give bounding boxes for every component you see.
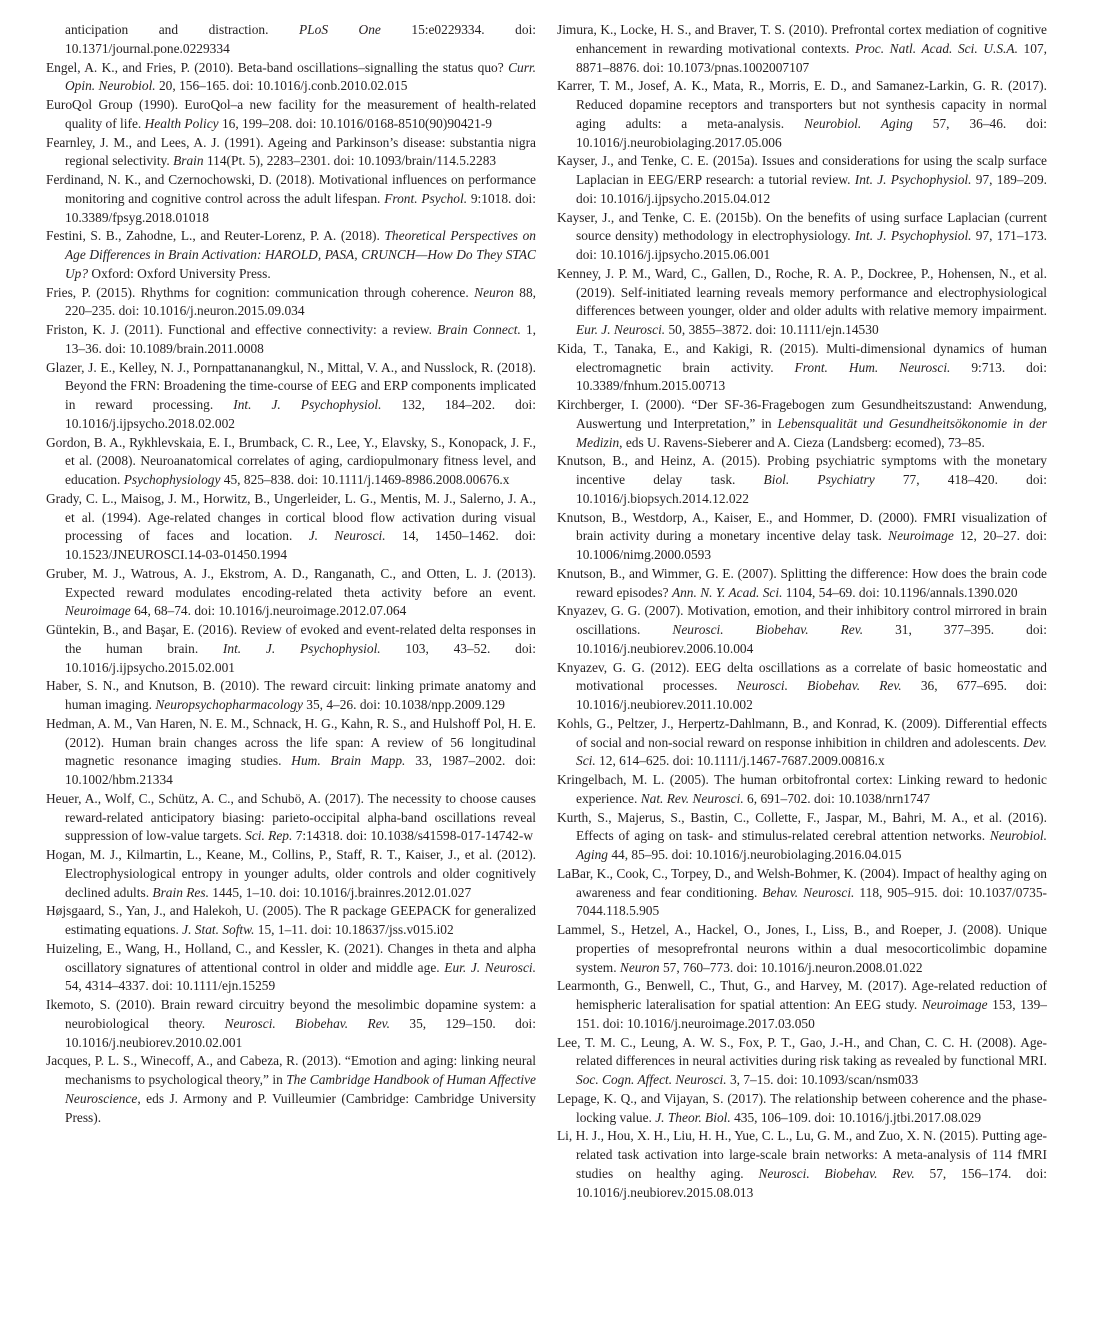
reference-source-title: Neurosci. Biobehav. Rev. (672, 622, 863, 637)
reference-entry: Lammel, S., Hetzel, A., Hackel, O., Jone… (557, 921, 1047, 977)
reference-text: , eds U. Ravens-Sieberer and A. Cieza (L… (619, 435, 985, 450)
reference-source-title: J. Theor. Biol. (655, 1110, 731, 1125)
reference-text: Kenney, J. P. M., Ward, C., Gallen, D., … (557, 266, 1047, 319)
reference-entry: Haber, S. N., and Knutson, B. (2010). Th… (46, 677, 536, 715)
reference-text: 3, 7–15. doi: 10.1093/scan/nsm033 (727, 1072, 919, 1087)
reference-entry: Knutson, B., and Heinz, A. (2015). Probi… (557, 452, 1047, 508)
reference-entry: Gruber, M. J., Watrous, A. J., Ekstrom, … (46, 565, 536, 621)
reference-entry: Hedman, A. M., Van Haren, N. E. M., Schn… (46, 715, 536, 790)
reference-source-title: Neuron (620, 960, 660, 975)
reference-source-title: Biol. Psychiatry (764, 472, 875, 487)
reference-entry: Engel, A. K., and Fries, P. (2010). Beta… (46, 59, 536, 97)
reference-entry: Jimura, K., Locke, H. S., and Braver, T.… (557, 21, 1047, 77)
reference-source-title: PLoS One (299, 22, 381, 37)
reference-source-title: Nat. Rev. Neurosci. (641, 791, 744, 806)
reference-entry: Højsgaard, S., Yan, J., and Halekoh, U. … (46, 902, 536, 940)
reference-source-title: Int. J. Psychophysiol. (855, 228, 972, 243)
reference-text: 7:14318. doi: 10.1038/s41598-017-14742-w (292, 828, 533, 843)
reference-entry: Lepage, K. Q., and Vijayan, S. (2017). T… (557, 1090, 1047, 1128)
reference-text: 57, 760–773. doi: 10.1016/j.neuron.2008.… (660, 960, 923, 975)
reference-source-title: Front. Hum. Neurosci. (795, 360, 951, 375)
reference-entry: Güntekin, B., and Başar, E. (2016). Revi… (46, 621, 536, 677)
reference-entry: Lee, T. M. C., Leung, A. W. S., Fox, P. … (557, 1034, 1047, 1090)
reference-column-left: anticipation and distraction. PLoS One 1… (46, 21, 536, 1127)
reference-entry: Kirchberger, I. (2000). “Der SF-36-Frage… (557, 396, 1047, 452)
reference-entry: Glazer, J. E., Kelley, N. J., Pornpattan… (46, 359, 536, 434)
reference-text: 6, 691–702. doi: 10.1038/nrn1747 (744, 791, 930, 806)
reference-text: 64, 68–74. doi: 10.1016/j.neuroimage.201… (131, 603, 407, 618)
reference-text: Kohls, G., Peltzer, J., Herpertz-Dahlman… (557, 716, 1047, 750)
reference-entry: Li, H. J., Hou, X. H., Liu, H. H., Yue, … (557, 1127, 1047, 1202)
reference-source-title: Front. Psychol. (384, 191, 467, 206)
reference-entry: Huizeling, E., Wang, H., Holland, C., an… (46, 940, 536, 996)
reference-entry: Kurth, S., Majerus, S., Bastin, C., Coll… (557, 809, 1047, 865)
reference-source-title: Neurosci. Biobehav. Rev. (758, 1166, 914, 1181)
reference-text: Festini, S. B., Zahodne, L., and Reuter-… (46, 228, 384, 243)
reference-text: Kurth, S., Majerus, S., Bastin, C., Coll… (557, 810, 1047, 844)
reference-source-title: Neurobiol. Aging (804, 116, 913, 131)
reference-source-title: Eur. J. Neurosci. (444, 960, 536, 975)
reference-text: Engel, A. K., and Fries, P. (2010). Beta… (46, 60, 508, 75)
reference-source-title: Neuropsychopharmacology (155, 697, 303, 712)
reference-text: Fries, P. (2015). Rhythms for cognition:… (46, 285, 474, 300)
reference-text: 1104, 54–69. doi: 10.1196/annals.1390.02… (782, 585, 1017, 600)
reference-entry: Ikemoto, S. (2010). Brain reward circuit… (46, 996, 536, 1052)
reference-text: 44, 85–95. doi: 10.1016/j.neurobiolaging… (608, 847, 901, 862)
reference-text: 114(Pt. 5), 2283–2301. doi: 10.1093/brai… (204, 153, 496, 168)
reference-column-right: Jimura, K., Locke, H. S., and Braver, T.… (557, 21, 1047, 1202)
reference-text: 20, 156–165. doi: 10.1016/j.conb.2010.02… (156, 78, 408, 93)
reference-text: 15, 1–11. doi: 10.18637/jss.v015.i02 (254, 922, 453, 937)
reference-entry-continued: anticipation and distraction. PLoS One 1… (46, 21, 536, 59)
reference-entry: Fries, P. (2015). Rhythms for cognition:… (46, 284, 536, 322)
reference-source-title: Sci. Rep. (245, 828, 292, 843)
reference-source-title: Neuroimage (922, 997, 988, 1012)
reference-source-title: Brain (173, 153, 204, 168)
reference-source-title: Hum. Brain Mapp. (291, 753, 405, 768)
reference-entry: Festini, S. B., Zahodne, L., and Reuter-… (46, 227, 536, 283)
reference-entry: Knutson, B., Westdorp, A., Kaiser, E., a… (557, 509, 1047, 565)
reference-entry: Knyazev, G. G. (2012). EEG delta oscilla… (557, 659, 1047, 715)
reference-text: Friston, K. J. (2011). Functional and ef… (46, 322, 437, 337)
reference-source-title: Soc. Cogn. Affect. Neurosci. (576, 1072, 727, 1087)
reference-text: 45, 825–838. doi: 10.1111/j.1469-8986.20… (220, 472, 509, 487)
reference-source-title: Neurosci. Biobehav. Rev. (737, 678, 902, 693)
reference-source-title: Health Policy (145, 116, 219, 131)
reference-entry: Kayser, J., and Tenke, C. E. (2015a). Is… (557, 152, 1047, 208)
reference-source-title: Proc. Natl. Acad. Sci. U.S.A. (855, 41, 1018, 56)
reference-text: 16, 199–208. doi: 10.1016/0168-8510(90)9… (219, 116, 492, 131)
reference-entry: Kenney, J. P. M., Ward, C., Gallen, D., … (557, 265, 1047, 340)
reference-source-title: Int. J. Psychophysiol. (855, 172, 972, 187)
reference-entry: Kohls, G., Peltzer, J., Herpertz-Dahlman… (557, 715, 1047, 771)
reference-entry: Gordon, B. A., Rykhlevskaia, E. I., Brum… (46, 434, 536, 490)
reference-text: Oxford: Oxford University Press. (88, 266, 271, 281)
reference-text: Lee, T. M. C., Leung, A. W. S., Fox, P. … (557, 1035, 1047, 1069)
reference-entry: Kayser, J., and Tenke, C. E. (2015b). On… (557, 209, 1047, 265)
reference-entry: Grady, C. L., Maisog, J. M., Horwitz, B.… (46, 490, 536, 565)
reference-entry: Learmonth, G., Benwell, C., Thut, G., an… (557, 977, 1047, 1033)
reference-source-title: Brain Connect. (437, 322, 521, 337)
reference-text: 35, 4–26. doi: 10.1038/npp.2009.129 (303, 697, 505, 712)
reference-source-title: Neuroimage (65, 603, 131, 618)
reference-source-title: J. Neurosci. (309, 528, 386, 543)
reference-entry: Hogan, M. J., Kilmartin, L., Keane, M., … (46, 846, 536, 902)
reference-entry: Heuer, A., Wolf, C., Schütz, A. C., and … (46, 790, 536, 846)
reference-source-title: Int. J. Psychophysiol. (233, 397, 381, 412)
reference-entry: Jacques, P. L. S., Winecoff, A., and Cab… (46, 1052, 536, 1127)
reference-source-title: Neuroimage (888, 528, 954, 543)
reference-entry: Knyazev, G. G. (2007). Motivation, emoti… (557, 602, 1047, 658)
reference-text: 50, 3855–3872. doi: 10.1111/ejn.14530 (665, 322, 879, 337)
reference-entry: Friston, K. J. (2011). Functional and ef… (46, 321, 536, 359)
reference-entry: Fearnley, J. M., and Lees, A. J. (1991).… (46, 134, 536, 172)
reference-source-title: Behav. Neurosci. (762, 885, 854, 900)
reference-source-title: Psychophysiology (124, 472, 221, 487)
reference-text: 54, 4314–4337. doi: 10.1111/ejn.15259 (65, 978, 275, 993)
reference-source-title: Neuron (474, 285, 514, 300)
reference-entry: Kringelbach, M. L. (2005). The human orb… (557, 771, 1047, 809)
reference-text: 1445, 1–10. doi: 10.1016/j.brainres.2012… (209, 885, 471, 900)
reference-entry: EuroQol Group (1990). EuroQol–a new faci… (46, 96, 536, 134)
reference-entry: Karrer, T. M., Josef, A. K., Mata, R., M… (557, 77, 1047, 152)
reference-source-title: Ann. N. Y. Acad. Sci. (672, 585, 782, 600)
reference-source-title: Brain Res. (152, 885, 209, 900)
reference-text: 435, 106–109. doi: 10.1016/j.jtbi.2017.0… (731, 1110, 981, 1125)
reference-source-title: J. Stat. Softw. (182, 922, 254, 937)
reference-entry: Knutson, B., and Wimmer, G. E. (2007). S… (557, 565, 1047, 603)
reference-entry: Kida, T., Tanaka, E., and Kakigi, R. (20… (557, 340, 1047, 396)
reference-source-title: Int. J. Psychophysiol. (223, 641, 381, 656)
reference-source-title: Eur. J. Neurosci. (576, 322, 665, 337)
reference-text: anticipation and distraction. (65, 22, 299, 37)
reference-entry: LaBar, K., Cook, C., Torpey, D., and Wel… (557, 865, 1047, 921)
reference-entry: Ferdinand, N. K., and Czernochowski, D. … (46, 171, 536, 227)
reference-text: 12, 614–625. doi: 10.1111/j.1467-7687.20… (596, 753, 885, 768)
reference-text: Gruber, M. J., Watrous, A. J., Ekstrom, … (46, 566, 536, 600)
reference-source-title: Neurosci. Biobehav. Rev. (225, 1016, 390, 1031)
